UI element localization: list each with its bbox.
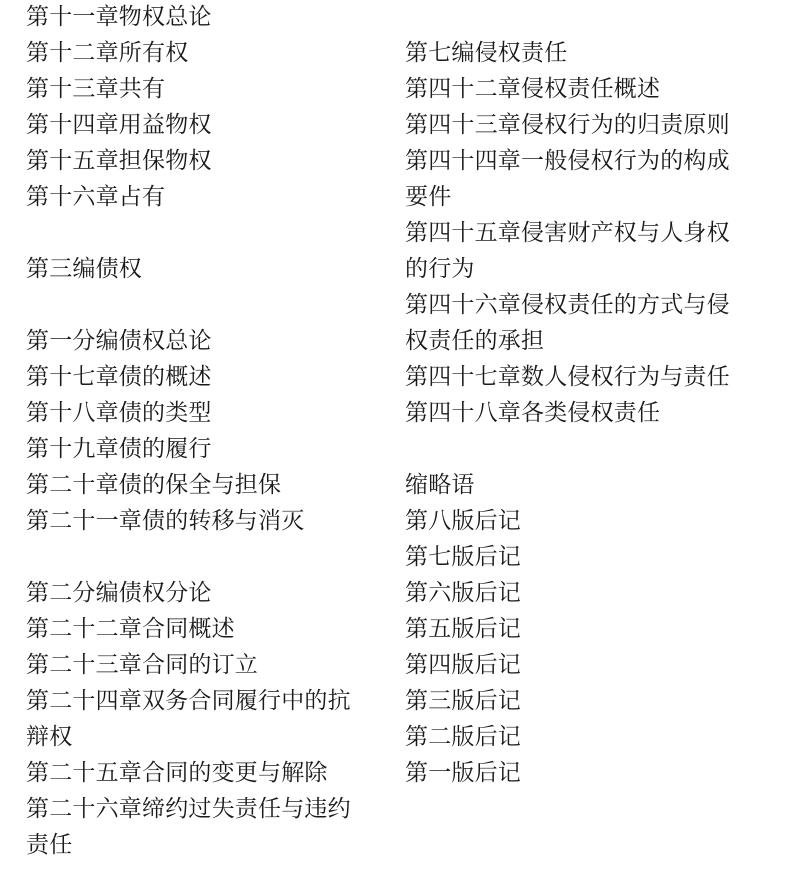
toc-entry[interactable]: 第四十四章一般侵权行为的构成 bbox=[405, 143, 765, 179]
spacer bbox=[26, 215, 386, 251]
toc-entry[interactable]: 第十八章债的类型 bbox=[26, 395, 386, 431]
toc-entry[interactable]: 第四十三章侵权行为的归责原则 bbox=[405, 107, 765, 143]
toc-entry[interactable]: 第十七章债的概述 bbox=[26, 359, 386, 395]
toc-afterword[interactable]: 第二版后记 bbox=[405, 719, 765, 755]
toc-entry[interactable]: 第二十三章合同的订立 bbox=[26, 647, 386, 683]
spacer bbox=[26, 539, 386, 575]
toc-afterword[interactable]: 第三版后记 bbox=[405, 683, 765, 719]
toc-entry-continuation[interactable]: 责任 bbox=[26, 827, 386, 863]
toc-afterword[interactable]: 第五版后记 bbox=[405, 611, 765, 647]
toc-entry[interactable]: 第十五章担保物权 bbox=[26, 143, 386, 179]
toc-subpart-heading[interactable]: 第二分编债权分论 bbox=[26, 575, 386, 611]
toc-entry[interactable]: 第四十二章侵权责任概述 bbox=[405, 71, 765, 107]
spacer bbox=[26, 287, 386, 323]
toc-afterword[interactable]: 第一版后记 bbox=[405, 755, 765, 791]
toc-entry-continuation[interactable]: 要件 bbox=[405, 179, 765, 215]
toc-entry[interactable]: 第十三章共有 bbox=[26, 71, 386, 107]
toc-part-heading[interactable]: 第七编侵权责任 bbox=[405, 35, 765, 71]
toc-entry[interactable]: 第十四章用益物权 bbox=[26, 107, 386, 143]
toc-entry[interactable]: 第十六章占有 bbox=[26, 179, 386, 215]
toc-entry[interactable]: 第四十八章各类侵权责任 bbox=[405, 395, 765, 431]
toc-entry[interactable]: 第二十六章缔约过失责任与违约 bbox=[26, 791, 386, 827]
toc-subpart-heading[interactable]: 第一分编债权总论 bbox=[26, 323, 386, 359]
toc-entry[interactable]: 第二十四章双务合同履行中的抗 bbox=[26, 683, 386, 719]
toc-entry-continuation[interactable]: 的行为 bbox=[405, 251, 765, 287]
toc-entry-continuation[interactable]: 辩权 bbox=[26, 719, 386, 755]
toc-afterword[interactable]: 第八版后记 bbox=[405, 503, 765, 539]
toc-entry[interactable]: 第四十五章侵害财产权与人身权 bbox=[405, 215, 765, 251]
toc-left-column: 第十一章物权总论 第十二章所有权 第十三章共有 第十四章用益物权 第十五章担保物… bbox=[26, 0, 386, 863]
spacer bbox=[405, 431, 765, 467]
toc-entry[interactable]: 第四十七章数人侵权行为与责任 bbox=[405, 359, 765, 395]
toc-entry[interactable]: 第二十一章债的转移与消灭 bbox=[26, 503, 386, 539]
toc-entry[interactable]: 第十九章债的履行 bbox=[26, 431, 386, 467]
toc-afterword[interactable]: 第四版后记 bbox=[405, 647, 765, 683]
toc-entry[interactable]: 第四十六章侵权责任的方式与侵 bbox=[405, 287, 765, 323]
toc-entry[interactable]: 第十二章所有权 bbox=[26, 35, 386, 71]
toc-afterword[interactable]: 第七版后记 bbox=[405, 539, 765, 575]
toc-entry[interactable]: 第二十五章合同的变更与解除 bbox=[26, 755, 386, 791]
toc-entry[interactable]: 第二十二章合同概述 bbox=[26, 611, 386, 647]
toc-part-heading[interactable]: 第三编债权 bbox=[26, 251, 386, 287]
toc-right-column: 第七编侵权责任 第四十二章侵权责任概述 第四十三章侵权行为的归责原则 第四十四章… bbox=[405, 35, 765, 791]
toc-entry[interactable]: 第十一章物权总论 bbox=[26, 0, 386, 35]
toc-afterword[interactable]: 第六版后记 bbox=[405, 575, 765, 611]
toc-entry[interactable]: 第二十章债的保全与担保 bbox=[26, 467, 386, 503]
toc-abbreviations[interactable]: 缩略语 bbox=[405, 467, 765, 503]
toc-entry-continuation[interactable]: 权责任的承担 bbox=[405, 323, 765, 359]
